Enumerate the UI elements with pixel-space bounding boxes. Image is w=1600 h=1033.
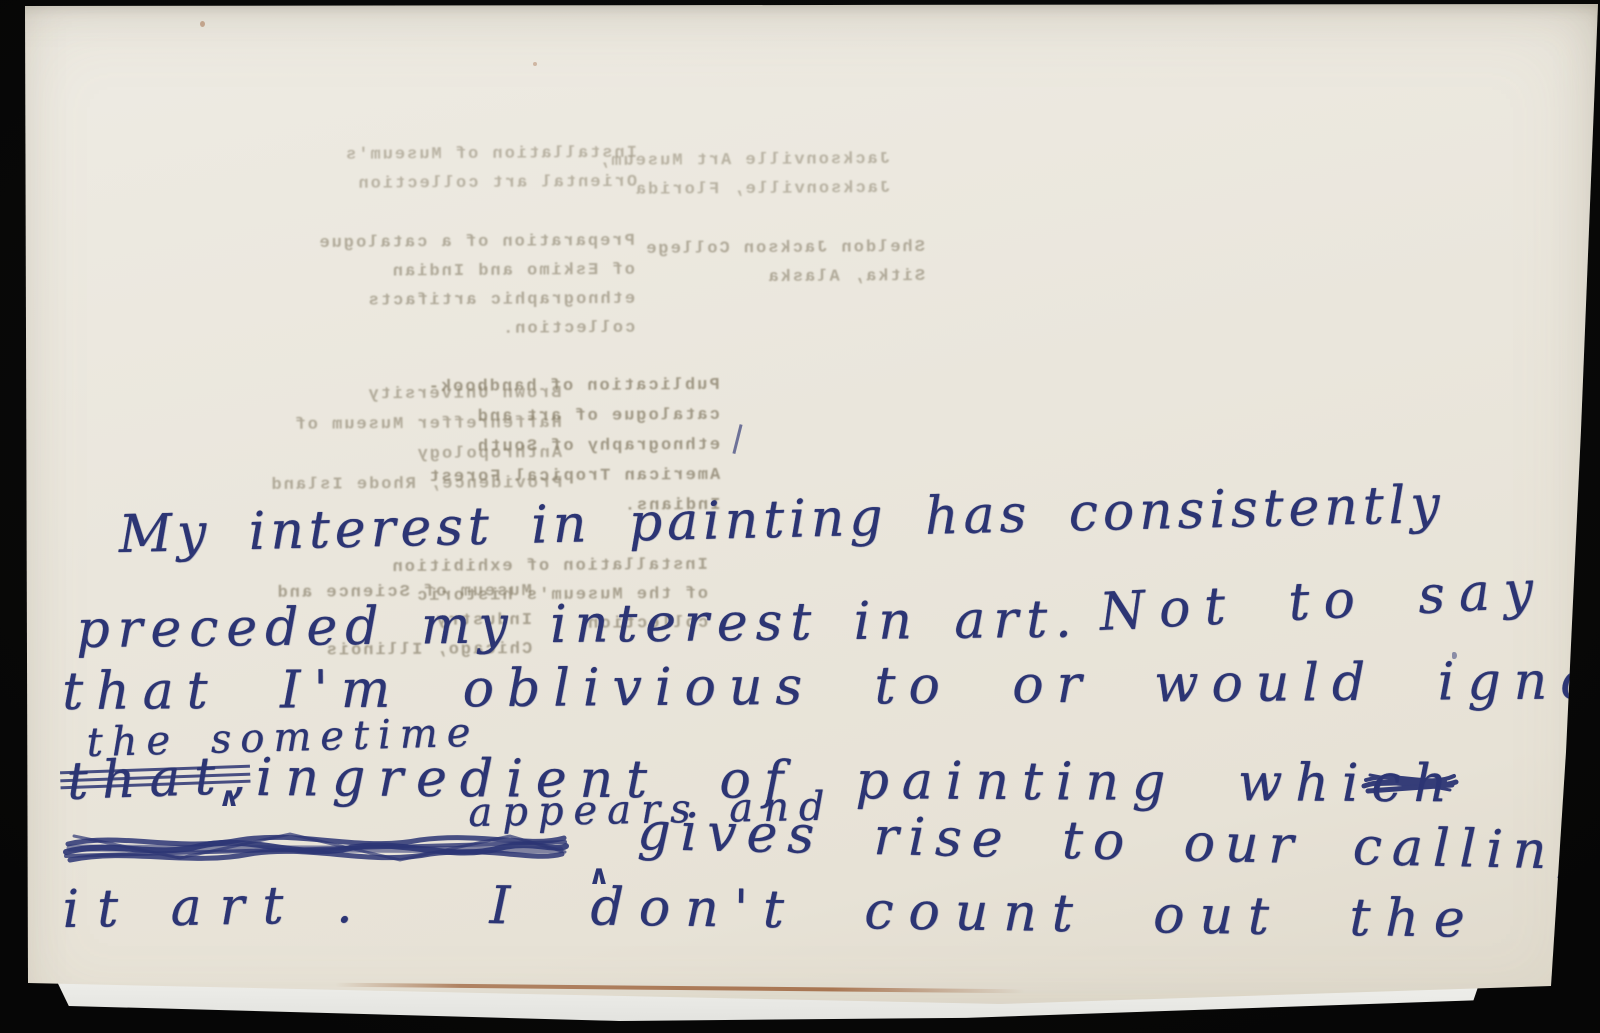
bleedthrough-line: Preparation of a catalogue (295, 227, 635, 258)
bleedthrough-line: Jacksonville, Florida (600, 174, 890, 205)
bleedthrough-line: ethnographic artifacts (295, 285, 635, 316)
handwriting-line-3: that I'm oblivious to or would ignore (62, 651, 1600, 722)
bleedthrough-block-desc1: Installation of Museum's Oriental art co… (292, 139, 637, 199)
photographed-document: Installation of Museum's Oriental art co… (0, 0, 1600, 1033)
small-scribble-strikeout (1358, 762, 1462, 802)
bleedthrough-line: Installation of Museum's (292, 139, 637, 170)
bleedthrough-line: Oriental art collection (292, 168, 637, 199)
heavy-scribble-strikeout (60, 818, 572, 874)
paper-speck (200, 21, 205, 27)
bleedthrough-line: Brown University (262, 379, 562, 411)
bleedthrough-block-inst2: Sheldon Jackson College Sitka, Alaska (640, 233, 925, 293)
handwriting-line-6b: I don't count out the (489, 876, 1480, 950)
bleedthrough-line: of Eskimo and Indian (295, 256, 635, 287)
caret-mark: ∧ (218, 782, 240, 813)
bleedthrough-line: Jacksonville Art Museum, (600, 145, 890, 176)
bleedthrough-block-desc2: Preparation of a catalogue of Eskimo and… (295, 227, 636, 345)
bleedthrough-line: Sheldon Jackson College (640, 233, 925, 264)
bleedthrough-line: Haffenreffer Museum of (262, 409, 562, 441)
stray-ink-mark (732, 424, 742, 454)
handwriting-not-to-say: Not to say (1098, 560, 1549, 643)
bleedthrough-block-inst1: Jacksonville Art Museum, Jacksonville, F… (600, 145, 890, 205)
ink-speck (1452, 652, 1457, 659)
handwriting-line-2: preceded my interest in art. (76, 589, 1080, 660)
bleedthrough-line: Anthropology (262, 439, 562, 471)
handwriting-line-6a: it art . (62, 875, 371, 940)
handwriting-line-4: ingredient of painting which (256, 748, 1461, 814)
paper-speck (533, 62, 537, 66)
bleedthrough-block-inst3: Brown University Haffenreffer Museum of … (262, 379, 563, 501)
bleedthrough-line: Sitka, Alaska (640, 262, 925, 293)
bleedthrough-line: collection. (295, 314, 635, 345)
handwritten-note-sheet: Installation of Museum's Oriental art co… (0, 0, 1600, 1033)
paper-edge-rust-stain (335, 983, 1025, 993)
